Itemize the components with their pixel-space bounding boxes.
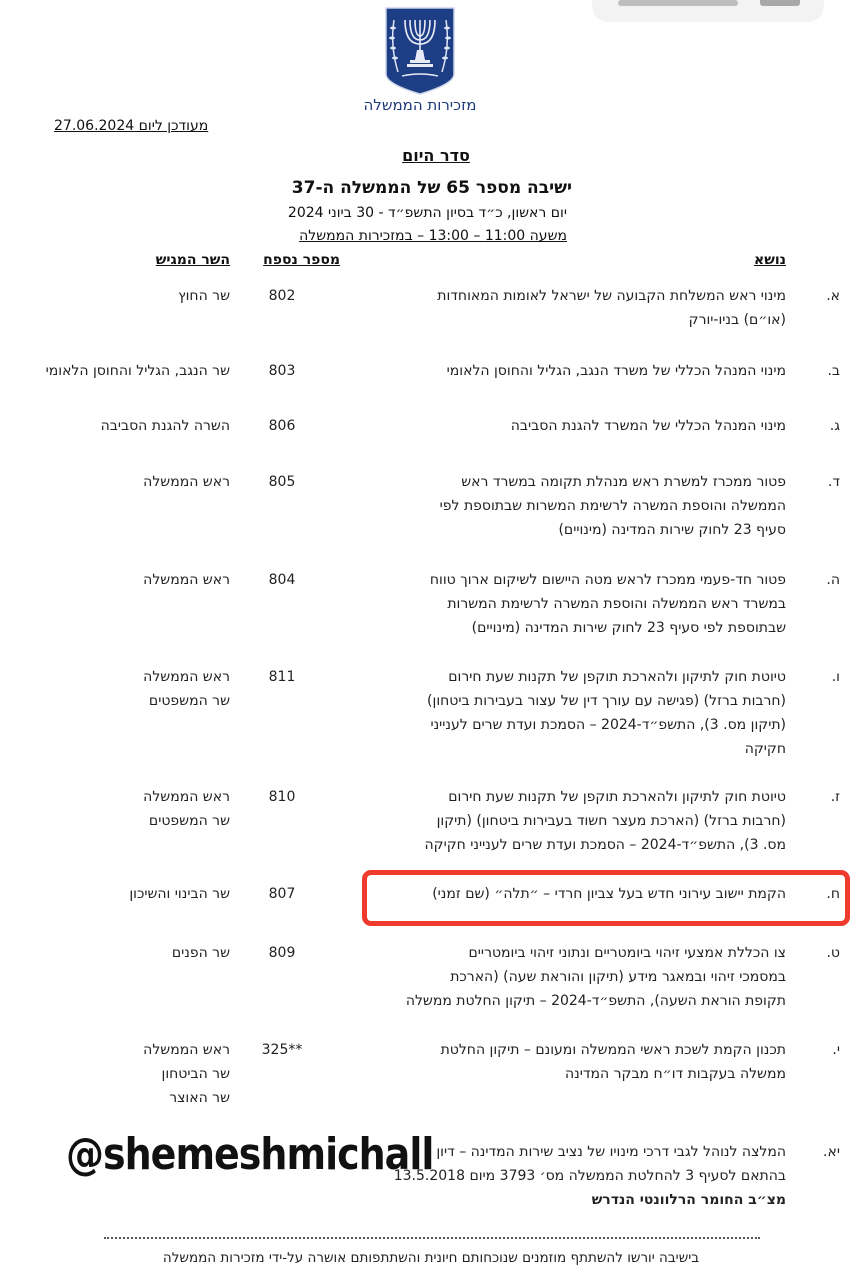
minister-name: שר הנגב, הגליל והחוסן הלאומי bbox=[0, 359, 230, 383]
item-topic-line: מס. 3), התשפ״ד-2024 – הסמכת ועדת שרים לע… bbox=[372, 833, 786, 857]
column-header-presenting-minister: השר המגיש bbox=[156, 252, 230, 268]
item-letter: א. bbox=[818, 284, 840, 308]
item-letter: ו. bbox=[818, 665, 840, 689]
item-presenting-minister: ראש הממשלהשר המשפטים bbox=[0, 665, 230, 713]
item-topic: פטור חד-פעמי ממכרז לראש מטה היישום לשיקו… bbox=[372, 568, 786, 640]
item-topic-line: סעיף 23 לחוק שירות המדינה (מינויים) bbox=[372, 518, 786, 542]
minister-name: ראש הממשלה bbox=[0, 665, 230, 689]
minister-name: שר המשפטים bbox=[0, 809, 230, 833]
item-letter: ב. bbox=[818, 359, 840, 383]
agenda-title: סדר היום bbox=[0, 146, 862, 165]
item-topic-line: טיוטת חוק לתיקון ולהארכת תוקפן של תקנות … bbox=[372, 665, 786, 689]
item-topic: צו הכללת אמצעי זיהוי ביומטריים ונתוני זי… bbox=[372, 941, 786, 1013]
item-letter: ג. bbox=[818, 414, 840, 438]
item-topic-line: תכנון הקמת לשכת ראשי הממשלה ומעונם – תיק… bbox=[372, 1038, 786, 1062]
item-presenting-minister: שר החוץ bbox=[0, 284, 230, 308]
item-letter: ד. bbox=[818, 470, 840, 494]
item-topic-line: מינוי המנהל הכללי של המשרד להגנת הסביבה bbox=[372, 414, 786, 438]
item-letter: ה. bbox=[818, 568, 840, 592]
item-presenting-minister: ראש הממשלה bbox=[0, 568, 230, 592]
item-letter: ט. bbox=[818, 941, 840, 965]
state-emblem-menorah-icon bbox=[384, 6, 456, 96]
agenda-title-text: סדר היום bbox=[402, 146, 470, 165]
meeting-date: יום ראשון, כ״ד בסיון התשפ״ד - 30 ביוני 2… bbox=[288, 205, 567, 221]
minister-name: שר הפנים bbox=[0, 941, 230, 965]
item-appendix-number: 809 bbox=[252, 941, 312, 965]
item-appendix-number: 811 bbox=[252, 665, 312, 689]
item-presenting-minister: השרה להגנת הסביבה bbox=[0, 414, 230, 438]
item-topic-line: המלצה לנוהל לגבי דרכי מינויו של נציב שיר… bbox=[372, 1140, 786, 1164]
item-topic-line: (תיקון מס. 3), התשפ״ד-2024 – הסמכת ועדת … bbox=[372, 713, 786, 737]
meeting-time-place: משעה 11:00 – 13:00 – במזכירות הממשלה bbox=[299, 228, 567, 244]
item-topic-line: (חרבות ברזל) (פגישה עם עורך דין של עצור … bbox=[372, 689, 786, 713]
item-topic: תכנון הקמת לשכת ראשי הממשלה ומעונם – תיק… bbox=[372, 1038, 786, 1086]
item-topic-line: טיוטת חוק לתיקון ולהארכת תוקפן של תקנות … bbox=[372, 785, 786, 809]
item-appendix-number: 810 bbox=[252, 785, 312, 809]
item-topic: המלצה לנוהל לגבי דרכי מינויו של נציב שיר… bbox=[372, 1140, 786, 1212]
item-letter: יא. bbox=[818, 1140, 840, 1164]
office-name: מזכירות הממשלה bbox=[330, 96, 510, 114]
item-appendix-number: 805 bbox=[252, 470, 312, 494]
footer-note: בישיבה יורשו להשתתף מוזמנים שנוכחותם חיו… bbox=[0, 1250, 862, 1266]
item-topic: מינוי המנהל הכללי של המשרד להגנת הסביבה bbox=[372, 414, 786, 438]
item-appendix-number: 802 bbox=[252, 284, 312, 308]
overlay-text-fragment bbox=[618, 0, 738, 6]
minister-name: ראש הממשלה bbox=[0, 785, 230, 809]
watermark-handle: @shemeshmichall bbox=[66, 1129, 433, 1180]
item-presenting-minister: שר הפנים bbox=[0, 941, 230, 965]
column-header-appendix-number: מספר נספח bbox=[263, 252, 340, 268]
minister-name: שר הביטחון bbox=[0, 1062, 230, 1086]
meeting-title: ישיבה מספר 65 של הממשלה ה-37 bbox=[292, 178, 572, 198]
item-topic-note: מצ״ב החומר הרלוונטי הנדרש bbox=[372, 1188, 786, 1212]
item-topic-line: שבתוספת לפי סעיף 23 לחוק שירות המדינה (מ… bbox=[372, 616, 786, 640]
column-header-topic: נושא bbox=[754, 252, 786, 268]
footer-dotted-divider bbox=[104, 1237, 760, 1239]
minister-name: השרה להגנת הסביבה bbox=[0, 414, 230, 438]
item-letter: ז. bbox=[818, 785, 840, 809]
item-topic-line: הממשלה והוספת המשרה לרשימת המשרות שבתוספ… bbox=[372, 494, 786, 518]
item-topic-line: פטור ממכרז למשרת ראש מנהלת תקומה במשרד ר… bbox=[372, 470, 786, 494]
minister-name: שר החוץ bbox=[0, 284, 230, 308]
minister-name: שר הבינוי והשיכון bbox=[0, 882, 230, 906]
item-presenting-minister: ראש הממשלהשר הביטחוןשר האוצר bbox=[0, 1038, 230, 1110]
item-appendix-number: 804 bbox=[252, 568, 312, 592]
item-topic-line: ממשלה בעקבות דו״ח מבקר המדינה bbox=[372, 1062, 786, 1086]
minister-name: שר המשפטים bbox=[0, 689, 230, 713]
item-topic-line: מינוי ראש המשלחת הקבועה של ישראל לאומות … bbox=[372, 284, 786, 308]
updated-date: מעודכן ליום 27.06.2024 bbox=[54, 118, 208, 134]
item-topic: פטור ממכרז למשרת ראש מנהלת תקומה במשרד ר… bbox=[372, 470, 786, 542]
item-presenting-minister: ראש הממשלה bbox=[0, 470, 230, 494]
overlay-icon-fragment bbox=[760, 0, 800, 6]
item-topic-line: במשרד ראש הממשלה והוספת המשרה לרשימת המש… bbox=[372, 592, 786, 616]
item-topic-line: (או״ם) בניו-יורק bbox=[372, 308, 786, 332]
item-topic: טיוטת חוק לתיקון ולהארכת תוקפן של תקנות … bbox=[372, 785, 786, 857]
item-topic-line: צו הכללת אמצעי זיהוי ביומטריים ונתוני זי… bbox=[372, 941, 786, 965]
item-topic: מינוי המנהל הכללי של משרד הנגב, הגליל וה… bbox=[372, 359, 786, 383]
app-overlay-pill bbox=[592, 0, 824, 22]
item-topic-line: במסמכי זיהוי ובמאגר מידע (תיקון והוראת ש… bbox=[372, 965, 786, 989]
highlight-box bbox=[362, 870, 850, 926]
item-presenting-minister: ראש הממשלהשר המשפטים bbox=[0, 785, 230, 833]
minister-name: שר האוצר bbox=[0, 1086, 230, 1110]
item-topic: טיוטת חוק לתיקון ולהארכת תוקפן של תקנות … bbox=[372, 665, 786, 761]
item-topic-line: (חרבות ברזל) (הארכת מעצר חשוד בעבירות בי… bbox=[372, 809, 786, 833]
item-topic-line: בהתאם לסעיף 3 להחלטת הממשלה מס׳ 3793 מיו… bbox=[372, 1164, 786, 1188]
item-letter: י. bbox=[818, 1038, 840, 1062]
item-topic-line: פטור חד-פעמי ממכרז לראש מטה היישום לשיקו… bbox=[372, 568, 786, 592]
minister-name: ראש הממשלה bbox=[0, 1038, 230, 1062]
item-topic-line: חקיקה bbox=[372, 737, 786, 761]
item-appendix-number: 803 bbox=[252, 359, 312, 383]
item-appendix-number: 325** bbox=[252, 1038, 312, 1062]
item-topic: מינוי ראש המשלחת הקבועה של ישראל לאומות … bbox=[372, 284, 786, 332]
minister-name: ראש הממשלה bbox=[0, 470, 230, 494]
item-appendix-number: 807 bbox=[252, 882, 312, 906]
minister-name: ראש הממשלה bbox=[0, 568, 230, 592]
item-presenting-minister: שר הנגב, הגליל והחוסן הלאומי bbox=[0, 359, 230, 383]
item-presenting-minister: שר הבינוי והשיכון bbox=[0, 882, 230, 906]
item-topic-line: תקופת הוראת השעה), התשפ״ד-2024 – תיקון ה… bbox=[372, 989, 786, 1013]
item-appendix-number: 806 bbox=[252, 414, 312, 438]
item-topic-line: מינוי המנהל הכללי של משרד הנגב, הגליל וה… bbox=[372, 359, 786, 383]
